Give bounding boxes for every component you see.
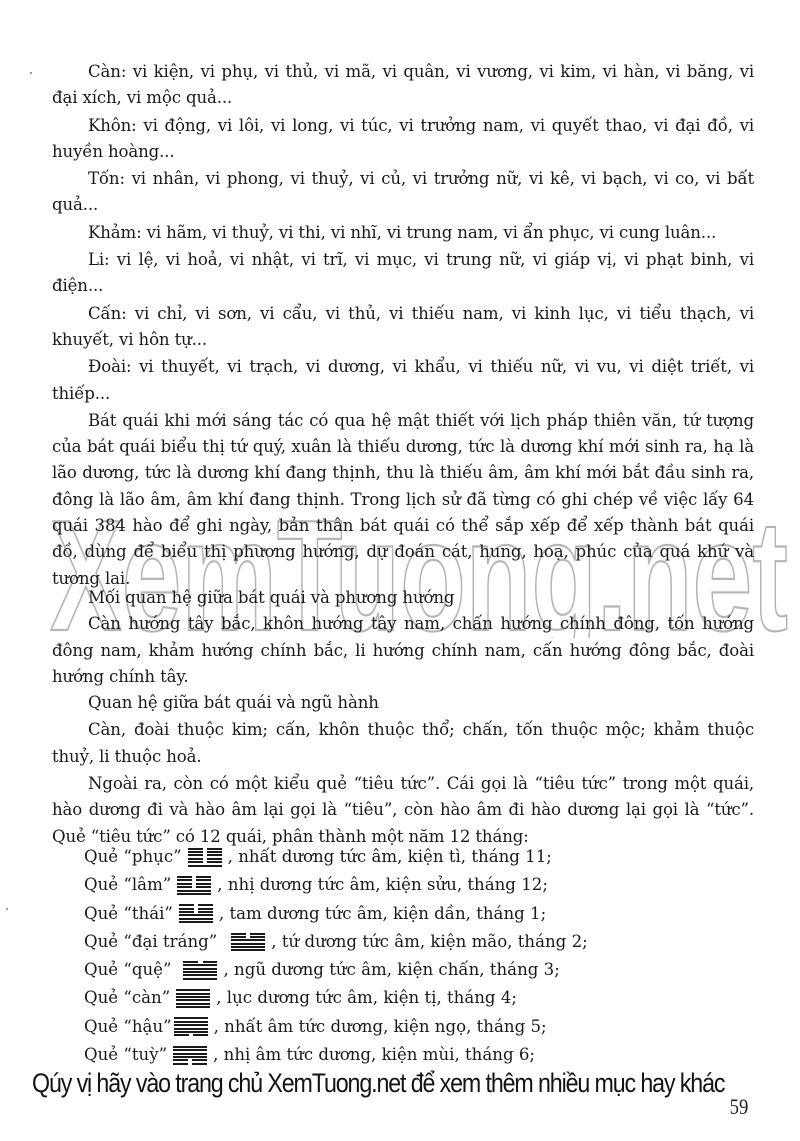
book-page: XemTuong.net Càn: vi kiện, vi phụ, vi th…: [0, 0, 800, 1141]
hexagram-row-thai: Quẻ “thái” , tam dương tức âm, kiện dần,…: [84, 900, 588, 928]
hexagram-name: Quẻ “hậu”: [84, 1013, 172, 1041]
hexagram-row-lam: Quẻ “lâm” , nhị dương tức âm, kiện sửu, …: [84, 871, 588, 899]
yin-line: [183, 961, 217, 963]
yin-line: [188, 848, 222, 850]
paragraph-kham-attributes: Khảm: vi hãm, vi thuỷ, vi thi, vi nhĩ, v…: [52, 220, 754, 246]
yang-line: [183, 978, 217, 980]
yin-line: [177, 886, 211, 888]
yin-line: [173, 1059, 207, 1061]
page-number: 59: [730, 1094, 749, 1120]
yang-line: [176, 1003, 210, 1005]
yin-line: [173, 1063, 207, 1065]
yang-line: [183, 968, 217, 970]
yang-line: [183, 974, 217, 976]
yang-line: [231, 939, 265, 941]
hexagram-name: Quẻ “phục”: [84, 843, 182, 871]
hexagram-lam-icon: [177, 876, 211, 895]
hexagram-description: , tam dương tức âm, kiện dần, tháng 1;: [219, 900, 546, 928]
hexagram-description: , nhị dương tức âm, kiện sửu, tháng 12;: [217, 871, 548, 899]
yang-line: [231, 946, 265, 948]
hexagram-description: , nhị âm tức dương, kiện mùi, tháng 6;: [213, 1041, 535, 1069]
hexagram-row-phuc: Quẻ “phục” , nhất dương tức âm, kiện tì,…: [84, 843, 588, 871]
hexagram-name: Quẻ “lâm”: [84, 871, 171, 899]
paragraph-directions: Càn hướng tây bắc, khôn hướng tây nam, c…: [52, 611, 754, 690]
yang-line: [174, 1024, 208, 1026]
yang-line: [179, 921, 213, 923]
yin-line: [177, 879, 211, 881]
yang-line: [183, 964, 217, 966]
paragraph-can2-attributes: Cấn: vi chỉ, vi sơn, vi cẩu, vi thủ, vi …: [52, 301, 754, 354]
hexagram-name: Quẻ “càn”: [84, 984, 170, 1012]
yin-line: [179, 904, 213, 906]
hexagram-que-icon: [183, 961, 217, 980]
hexagram-thai-icon: [179, 904, 213, 923]
yin-line: [231, 936, 265, 938]
hexagram-description: , tứ dương tức âm, kiện mão, tháng 2;: [271, 928, 587, 956]
yang-line: [179, 918, 213, 920]
yin-line: [188, 854, 222, 856]
yang-line: [231, 943, 265, 945]
yin-line: [188, 858, 222, 860]
yang-line: [176, 1006, 210, 1008]
paragraph-bat-quai: Bát quái khi mới sáng tác có qua hệ mật …: [52, 408, 754, 592]
hexagram-description: , nhất dương tức âm, kiện tì, tháng 11;: [228, 843, 552, 871]
yang-line: [174, 1031, 208, 1033]
heading-direction: Mối quan hệ giữa bát quái và phương hướn…: [52, 585, 754, 611]
yang-line: [173, 1046, 207, 1048]
hexagram-tuy-icon: [173, 1046, 207, 1065]
paragraph-li-attributes: Li: vi lệ, vi hoả, vi nhật, vi trĩ, vi m…: [52, 247, 754, 300]
yang-line: [188, 865, 222, 867]
yin-line: [179, 911, 213, 913]
hexagram-name: Quẻ “đại tráng”: [84, 928, 217, 956]
hexagram-phuc-icon: [188, 848, 222, 867]
paragraph-elements: Càn, đoài thuộc kim; cấn, khôn thuộc thổ…: [52, 717, 754, 770]
yang-line: [174, 1017, 208, 1019]
yang-line: [183, 971, 217, 973]
scan-speck: [6, 908, 8, 910]
hexagram-list: Quẻ “phục” , nhất dương tức âm, kiện tì,…: [84, 843, 588, 1069]
paragraph-khon-attributes: Khôn: vi động, vi lôi, vi long, vi túc, …: [52, 113, 754, 166]
hexagram-description: , ngũ dương tức âm, kiện chấn, tháng 3;: [223, 956, 559, 984]
scan-speck: [30, 72, 32, 74]
hexagram-row-can: Quẻ “càn” , lục dương tức âm, kiện tị, t…: [84, 984, 588, 1012]
yang-line: [231, 949, 265, 951]
yang-line: [179, 914, 213, 916]
yang-line: [177, 893, 211, 895]
yin-line: [188, 861, 222, 863]
yin-line: [188, 851, 222, 853]
yang-line: [177, 890, 211, 892]
yin-line: [231, 933, 265, 935]
paragraph-doai-attributes: Đoài: vi thuyết, vi trạch, vi dương, vi …: [52, 354, 754, 407]
hexagram-hau-icon: [174, 1017, 208, 1036]
hexagram-description: , lục dương tức âm, kiện tị, tháng 4;: [216, 984, 517, 1012]
yang-line: [173, 1049, 207, 1051]
paragraph-ton-attributes: Tốn: vi nhân, vi phong, vi thuỷ, vi củ, …: [52, 166, 754, 219]
paragraph-tieu-tuc: Ngoài ra, còn có một kiểu quẻ “tiêu tức”…: [52, 771, 754, 850]
hexagram-row-dai-trang: Quẻ “đại tráng” , tứ dương tức âm, kiện …: [84, 928, 588, 956]
hexagram-row-tuy: Quẻ “tuỳ” , nhị âm tức dương, kiện mùi, …: [84, 1041, 588, 1069]
main-text: Càn: vi kiện, vi phụ, vi thủ, vi mã, vi …: [52, 59, 754, 850]
footer-promo-text: Qúy vị hãy vào trang chủ XemTuong.net để…: [32, 1068, 668, 1099]
yang-line: [174, 1021, 208, 1023]
hexagram-name: Quẻ “tuỳ”: [84, 1041, 167, 1069]
yang-line: [174, 1028, 208, 1030]
hexagram-row-que: Quẻ “quệ” , ngũ dương tức âm, kiện chấn,…: [84, 956, 588, 984]
yin-line: [174, 1034, 208, 1036]
yang-line: [176, 999, 210, 1001]
paragraph-can-attributes: Càn: vi kiện, vi phụ, vi thủ, vi mã, vi …: [52, 59, 754, 112]
yin-line: [177, 876, 211, 878]
yang-line: [173, 1056, 207, 1058]
hexagram-row-hau: Quẻ “hậu” , nhất âm tức dương, kiện ngọ,…: [84, 1013, 588, 1041]
hexagram-name: Quẻ “thái”: [84, 900, 173, 928]
yang-line: [173, 1053, 207, 1055]
hexagram-dai-trang-icon: [231, 933, 265, 952]
yang-line: [176, 993, 210, 995]
yang-line: [176, 996, 210, 998]
hexagram-can-icon: [176, 989, 210, 1008]
yin-line: [179, 908, 213, 910]
heading-elements: Quan hệ giữa bát quái và ngũ hành: [52, 690, 754, 716]
hexagram-name: Quẻ “quệ”: [84, 956, 171, 984]
yang-line: [176, 989, 210, 991]
hexagram-description: , nhất âm tức dương, kiện ngọ, tháng 5;: [214, 1013, 547, 1041]
yin-line: [177, 883, 211, 885]
